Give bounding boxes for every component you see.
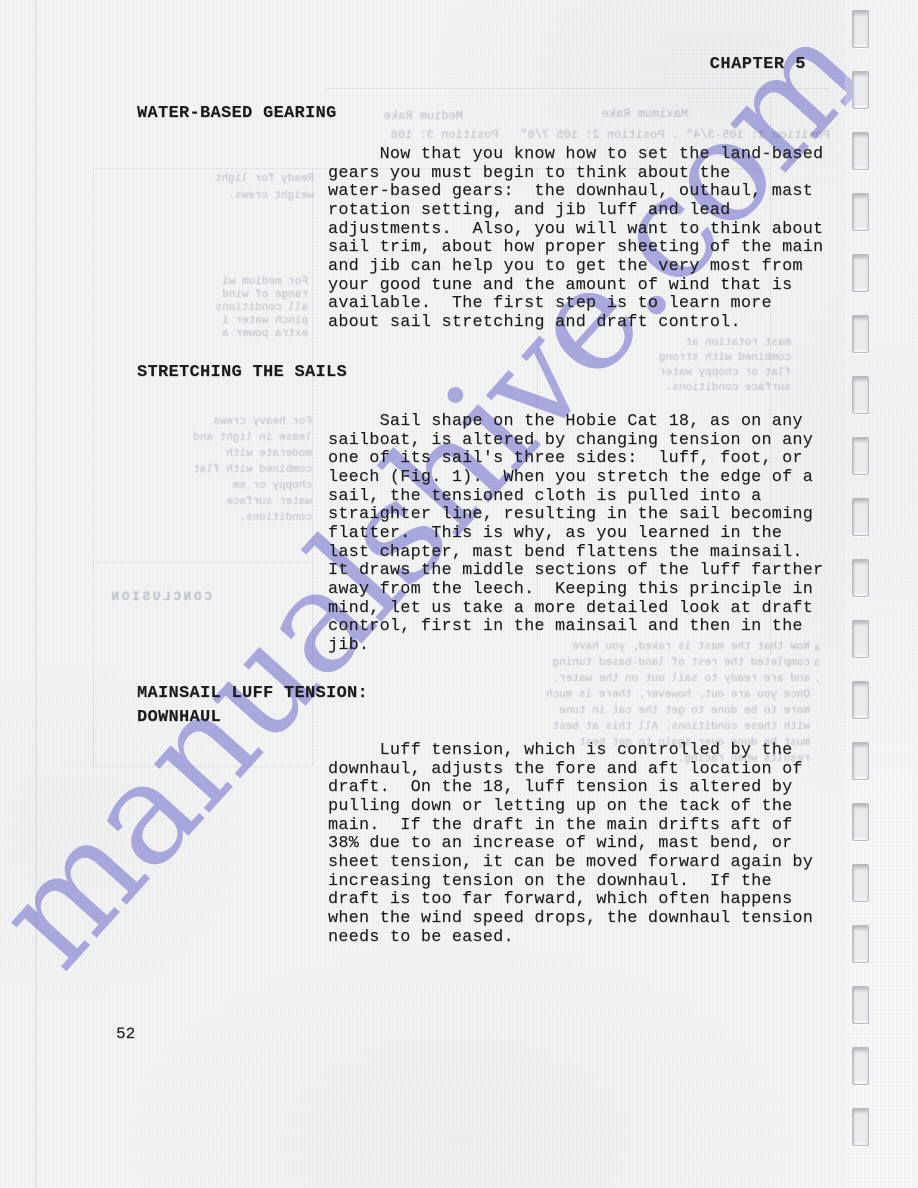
binding-hole <box>852 1108 869 1146</box>
bleed-table-line <box>93 168 94 768</box>
binding-hole <box>852 925 869 963</box>
bleedthrough-note-medium: For medium wi range of wind all conditio… <box>182 276 308 341</box>
binding-hole <box>852 498 869 536</box>
bleedthrough-note-light: Ready for light weight crews. <box>216 171 314 205</box>
bleed-table-line <box>93 766 312 767</box>
chapter-label: CHAPTER 5 <box>710 55 806 74</box>
binding-hole <box>852 559 869 597</box>
bleedthrough-conclusion: CONCLUSION <box>84 589 212 605</box>
binding-hole <box>852 132 869 170</box>
section-heading-stretching-the-sails: STRETCHING THE SAILS <box>137 363 347 382</box>
section-heading-mainsail-luff-tension: MAINSAIL LUFF TENSION: DOWNHAUL <box>137 682 368 730</box>
scan-fold-line <box>35 0 37 1188</box>
binding-hole <box>852 742 869 780</box>
bleedthrough-rake-col-2: Medium Rake <box>368 109 463 123</box>
binding-hole <box>852 986 869 1024</box>
bleed-table-line <box>312 168 313 766</box>
binding-hole <box>852 864 869 902</box>
section-heading-water-based-gearing: WATER-BASED GEARING <box>137 104 337 123</box>
section-body-mainsail-luff-tension: Luff tension, which is controlled by the… <box>328 742 813 947</box>
bleedthrough-rake-col-1: Maximum Rake <box>583 107 688 121</box>
binding-hole <box>852 71 869 109</box>
scanned-manual-page: Maximum RakeMedium RakePosition 1: 105-3… <box>0 0 918 1188</box>
binding-hole <box>852 620 869 658</box>
section-body-stretching-the-sails: Sail shape on the Hobie Cat 18, as on an… <box>328 413 823 656</box>
binding-hole <box>852 315 869 353</box>
bleedthrough-rake-positions: Position 1: 105-3/4" . Position 2: 105 7… <box>325 128 830 142</box>
bleed-table-line <box>93 562 312 563</box>
binding-hole <box>852 193 869 231</box>
page-number: 52 <box>116 1025 135 1043</box>
binding-hole <box>852 376 869 414</box>
binding-hole <box>852 681 869 719</box>
bleedthrough-note-mast: mast rotation at combined with strong fl… <box>586 336 791 396</box>
bleedthrough-note-heavy: For heavy crews lease in light and moder… <box>182 414 312 526</box>
binding-hole <box>852 10 869 48</box>
section-body-water-based-gearing: Now that you know how to set the land-ba… <box>328 146 823 333</box>
binding-hole <box>852 803 869 841</box>
binding-hole <box>852 254 869 292</box>
binding-hole <box>852 1047 869 1085</box>
bleed-table-line <box>325 88 830 89</box>
binding-hole <box>852 437 869 475</box>
